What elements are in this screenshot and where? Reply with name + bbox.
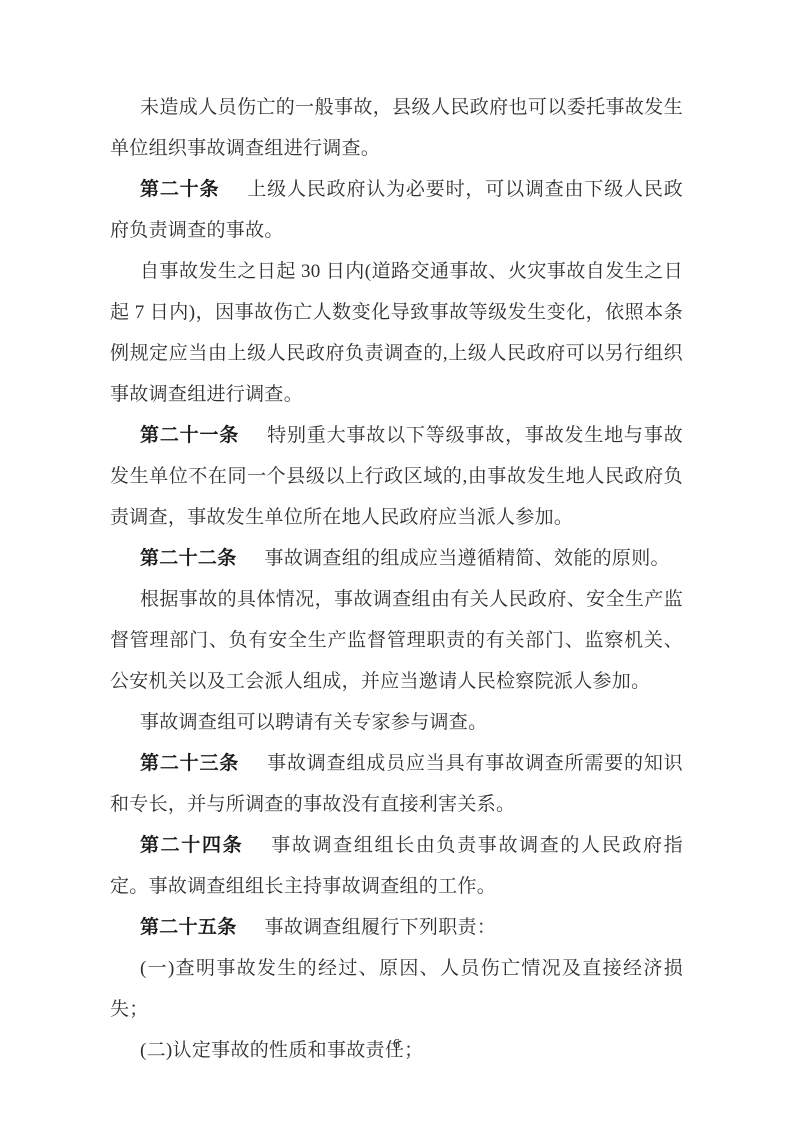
paragraph-text: 自事故发生之日起 30 日内(道路交通事故、火灾事故自发生之日起 7 日内)，因… (110, 261, 683, 405)
paragraph: 未造成人员伤亡的一般事故，县级人民政府也可以委托事故发生单位组织事故调查组进行调… (110, 87, 683, 169)
paragraph: 根据事故的具体情况，事故调查组由有关人民政府、安全生产监督管理部门、负有安全生产… (110, 579, 683, 702)
article-number: 第二十三条 (140, 753, 239, 774)
paragraph: 第二十一条特别重大事故以下等级事故，事故发生地与事故发生单位不在同一个县级以上行… (110, 415, 683, 538)
paragraph: 第二十四条事故调查组组长由负责事故调查的人民政府指定。事故调查组组长主持事故调查… (110, 825, 683, 907)
paragraph: 第二十五条事故调查组履行下列职责： (110, 907, 683, 948)
paragraph: 自事故发生之日起 30 日内(道路交通事故、火灾事故自发生之日起 7 日内)，因… (110, 251, 683, 415)
paragraph-text: 未造成人员伤亡的一般事故，县级人民政府也可以委托事故发生单位组织事故调查组进行调… (110, 97, 683, 159)
article-number: 第二十五条 (140, 917, 237, 938)
paragraph-text: 事故调查组履行下列职责： (265, 917, 497, 938)
paragraph-text: 根据事故的具体情况，事故调查组由有关人民政府、安全生产监督管理部门、负有安全生产… (110, 589, 683, 692)
page-footer: 6 (0, 1035, 793, 1053)
paragraph: 第二十二条事故调查组的组成应当遵循精简、效能的原则。 (110, 538, 683, 579)
document-body: 未造成人员伤亡的一般事故，县级人民政府也可以委托事故发生单位组织事故调查组进行调… (110, 87, 683, 1071)
paragraph: (一)查明事故发生的经过、原因、人员伤亡情况及直接经济损失； (110, 948, 683, 1030)
paragraph: 第二十条上级人民政府认为必要时，可以调查由下级人民政府负责调查的事故。 (110, 169, 683, 251)
paragraph-text: 事故调查组的组成应当遵循精简、效能的原则。 (265, 548, 670, 569)
paragraph: 事故调查组可以聘请有关专家参与调查。 (110, 702, 683, 743)
paragraph-text: 事故调查组可以聘请有关专家参与调查。 (140, 712, 487, 733)
paragraph: 第二十三条事故调查组成员应当具有事故调查所需要的知识和专长，并与所调查的事故没有… (110, 743, 683, 825)
paragraph-text: (一)查明事故发生的经过、原因、人员伤亡情况及直接经济损失； (110, 958, 683, 1020)
article-number: 第二十四条 (140, 835, 243, 856)
article-number: 第二十条 (140, 179, 219, 200)
page-number: 6 (393, 1037, 400, 1052)
article-number: 第二十一条 (140, 425, 239, 446)
article-number: 第二十二条 (140, 548, 237, 569)
document-page: 未造成人员伤亡的一般事故，县级人民政府也可以委托事故发生单位组织事故调查组进行调… (0, 0, 793, 1122)
